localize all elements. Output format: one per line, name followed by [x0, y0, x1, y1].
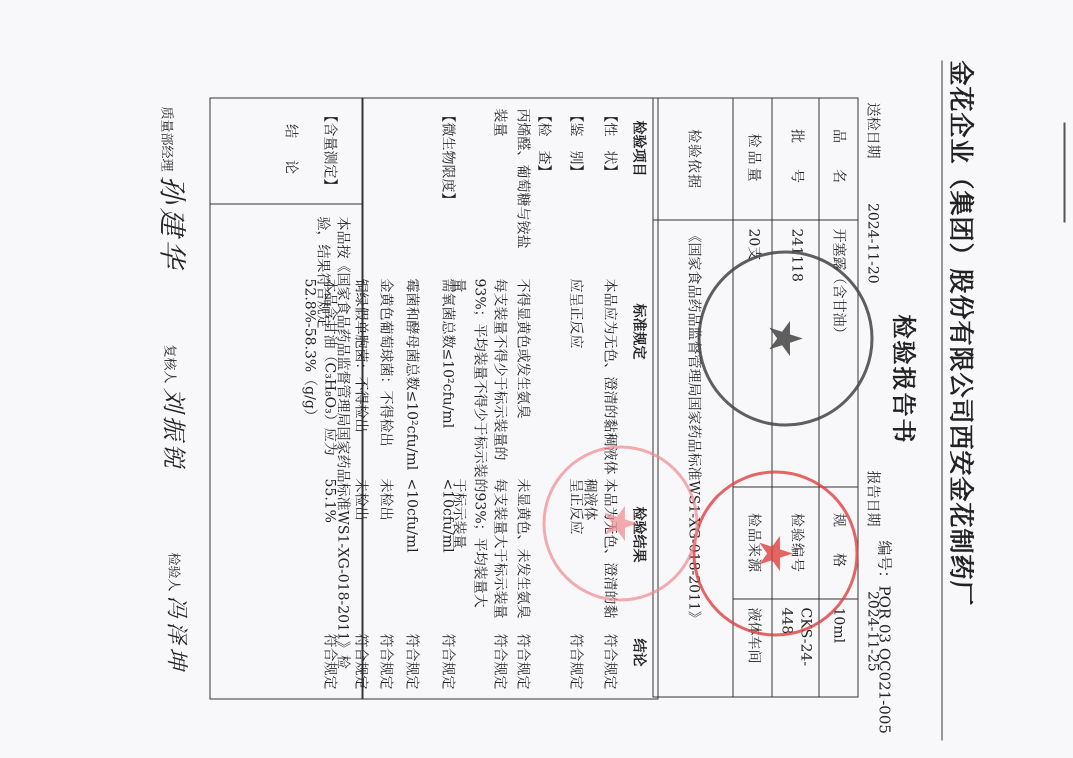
submit-date-label: 送检日期 [864, 102, 880, 158]
reviewer-sign: 刘振锐 [159, 387, 187, 471]
result-result: 未显黄色、未发生氨臭 [512, 478, 532, 618]
result-item: 【微生物限度】 [437, 108, 457, 288]
result-verdict: 符合规定 [512, 633, 532, 703]
header-item: 检验项目 [629, 120, 649, 176]
submit-date-value: 2024-11-20 [864, 202, 880, 283]
submit-date: 送检日期 2024-11-20 [863, 102, 883, 283]
inspector-sign: 冯泽坤 [163, 595, 188, 673]
label-sample-qty: 检品量 [733, 98, 772, 220]
result-standard: 金黄色葡萄球菌：不得检出 [375, 278, 395, 488]
report-date-value: 2024-11-25 [864, 590, 880, 671]
result-standard: 需氧菌总数≤10²cfu/ml [437, 278, 457, 488]
star-icon: ★ [752, 532, 798, 573]
result-item: 丙烯醛、葡萄糖与铵盐 [512, 108, 532, 288]
company-inspection-stamp-red: ★ [692, 470, 858, 636]
result-item: 装量 [489, 108, 509, 288]
result-standard: 霉菌和酵母菌总数≤10²cfu/ml [401, 278, 421, 488]
report-date: 报告日期 2024-11-25 [863, 470, 883, 671]
label-basis: 检验依据 [653, 98, 733, 220]
report-date-label: 报告日期 [864, 470, 880, 526]
manager-label: 质量部经理 [158, 106, 173, 171]
result-item: 【鉴 别】 [565, 108, 585, 288]
company-name: 金花企业（集团）股份有限公司西安金花制药厂 [941, 60, 980, 740]
star-icon: ★ [597, 502, 643, 543]
manager-signature: 质量部经理 孙建华 [153, 106, 193, 271]
label-batch: 批 号 [772, 98, 819, 220]
result-verdict: 符合规定 [565, 633, 585, 703]
inspection-report-page: 金花企业（集团）股份有限公司西安金花制药厂 检验报告书 编号：PQR 03 QC… [0, 0, 1073, 758]
quality-stamp-red: ★ [542, 445, 698, 601]
scan-mark [1063, 122, 1065, 222]
result-verdict: 符合规定 [401, 633, 421, 703]
label-product-name: 品 名 [819, 98, 858, 220]
company-inspection-stamp-black: ★ [697, 250, 873, 426]
conclusion-section: 结 论 本品按《国家食品药品监督管理局国家药品标准WS1-XG-018-2011… [209, 97, 363, 699]
results-section: 检验项目 标准规定 检验结果 结论 【性 状】本品应为无色、澄清的黏稠液体本品为… [361, 97, 658, 699]
result-standard: 不得显黄色或发生氨臭 [512, 278, 532, 488]
result-verdict: 符合规定 [489, 633, 509, 703]
result-verdict: 符合规定 [437, 633, 457, 703]
reviewer-label: 复核人 [161, 344, 176, 383]
manager-sign: 孙建华 [155, 175, 188, 271]
conclusion-label: 结 论 [280, 98, 300, 203]
result-item: 【检 查】 [533, 108, 553, 288]
inspector-signature: 检验人 冯泽坤 [162, 552, 193, 673]
result-item: 【性 状】 [599, 108, 619, 288]
result-verdict: 符合规定 [599, 633, 619, 703]
header-verdict: 结论 [629, 638, 649, 666]
result-result: <10cfu/ml [401, 478, 421, 618]
star-icon: ★ [762, 317, 808, 358]
inspector-label: 检验人 [165, 552, 180, 591]
reviewer-signature: 复核人 刘振锐 [158, 344, 193, 471]
header-standard: 标准规定 [629, 303, 649, 359]
result-result: <10cfu/ml [437, 478, 457, 618]
conclusion-text: 本品按《国家食品药品监督管理局国家药品标准WS1-XG-018-2011》检验，… [311, 216, 352, 686]
result-verdict: 符合规定 [375, 633, 395, 703]
result-result: 未检出 [375, 478, 395, 618]
